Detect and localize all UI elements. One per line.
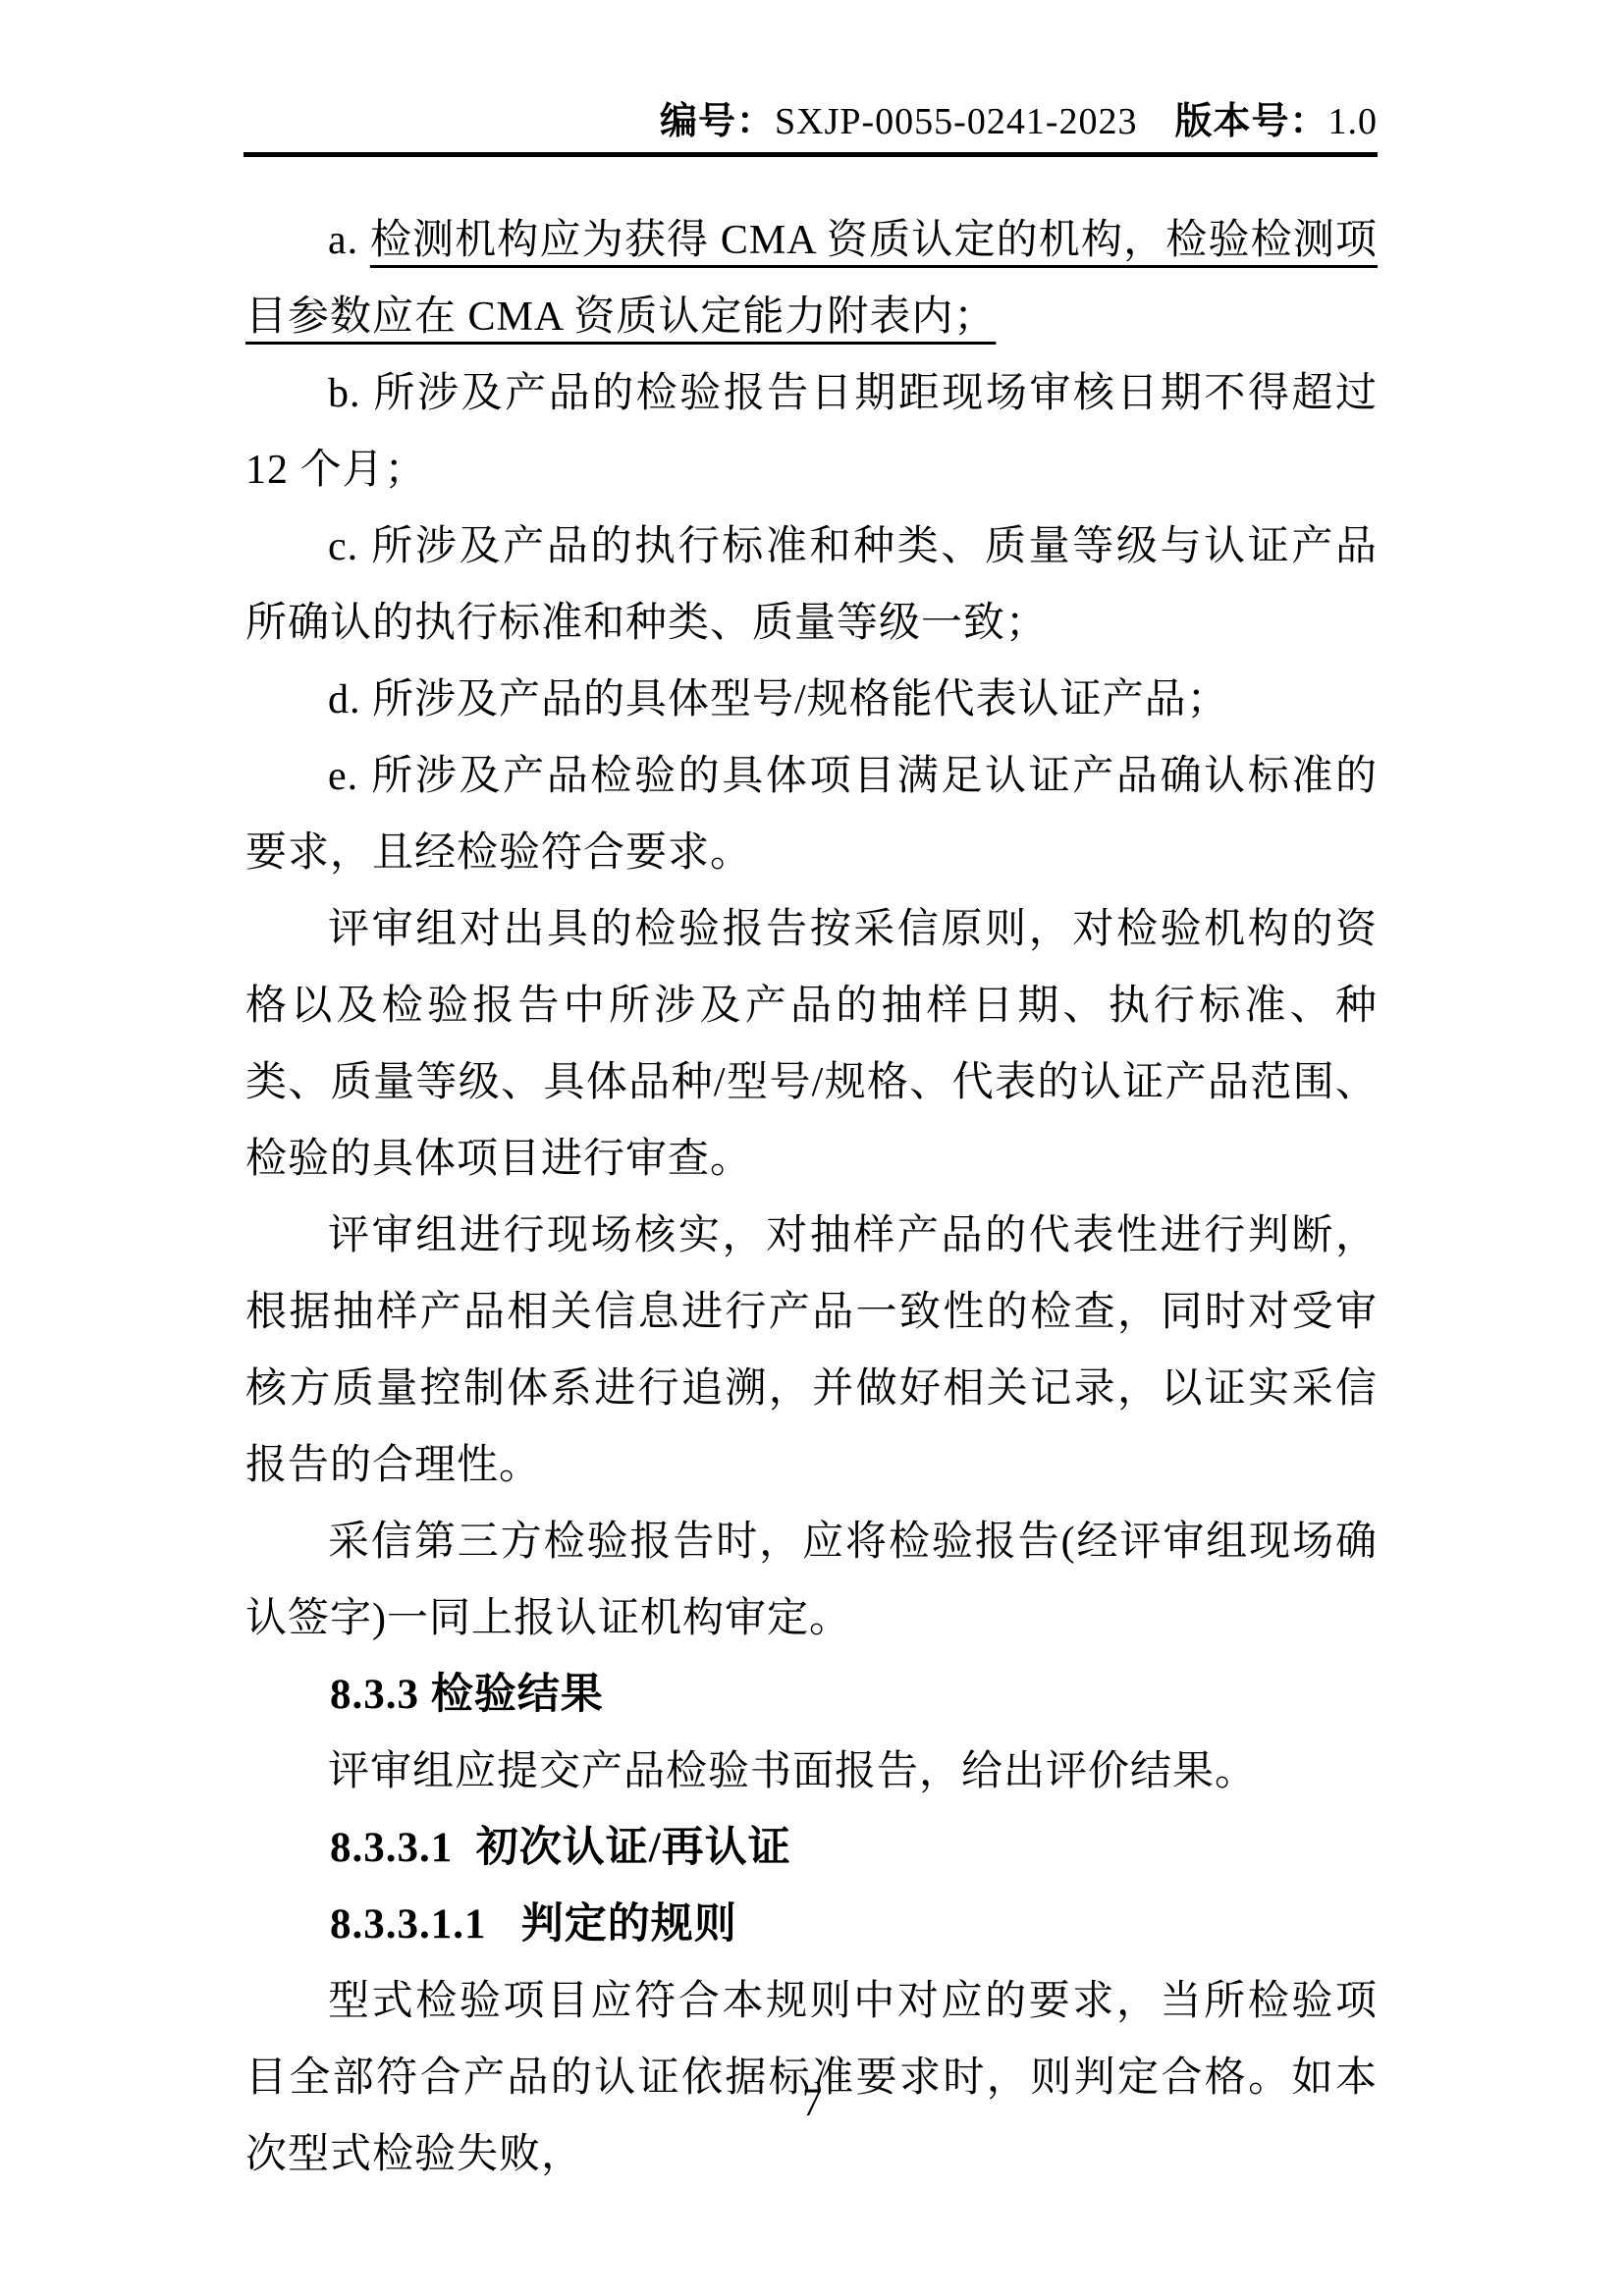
- doc-version-value: 1.0: [1328, 101, 1379, 142]
- paragraph-result-report: 评审组应提交产品检验书面报告，给出评价结果。: [245, 1734, 1378, 1810]
- list-item-c: c. 所涉及产品的执行标准和种类、质量等级与认证产品所确认的执行标准和种类、质量…: [245, 508, 1378, 662]
- paragraph-type-test-rule: 型式检验项目应符合本规则中对应的要求，当所检验项目全部符合产品的认证依据标准要求…: [245, 1963, 1378, 2193]
- section-heading-8-3-3-1-1: 8.3.3.1.1 判定的规则: [245, 1887, 1378, 1963]
- list-item-d: d. 所涉及产品的具体型号/规格能代表认证产品；: [245, 662, 1378, 738]
- doc-number-value: SXJP-0055-0241-2023: [775, 101, 1137, 142]
- doc-version-label: 版本号：: [1174, 101, 1327, 142]
- list-item-a-marker: a.: [328, 218, 370, 263]
- page-header: 编号：SXJP-0055-0241-2023版本号：1.0: [244, 98, 1378, 145]
- document-page: 编号：SXJP-0055-0241-2023版本号：1.0 a. 检测机构应为获…: [0, 0, 1624, 2296]
- paragraph-third-party-report: 采信第三方检验报告时，应将检验报告(经评审组现场确认签字)一同上报认证机构审定。: [245, 1504, 1378, 1657]
- paragraph-report-review: 评审组对出具的检验报告按采信原则，对检验机构的资格以及检验报告中所涉及产品的抽样…: [245, 891, 1378, 1198]
- list-item-a: a. 检测机构应为获得 CMA 资质认定的机构，检验检测项目参数应在 CMA 资…: [245, 202, 1378, 355]
- list-item-e: e. 所涉及产品检验的具体项目满足认证产品确认标准的要求，且经检验符合要求。: [245, 738, 1378, 891]
- paragraph-onsite-verification: 评审组进行现场核实，对抽样产品的代表性进行判断，根据抽样产品相关信息进行产品一致…: [245, 1198, 1378, 1504]
- list-item-b: b. 所涉及产品的检验报告日期距现场审核日期不得超过 12 个月；: [245, 355, 1378, 508]
- page-number: 7: [0, 2079, 1624, 2126]
- document-body: a. 检测机构应为获得 CMA 资质认定的机构，检验检测项目参数应在 CMA 资…: [245, 202, 1378, 2193]
- doc-number-label: 编号：: [660, 101, 775, 142]
- section-heading-8-3-3: 8.3.3 检验结果: [245, 1657, 1378, 1734]
- header-rule: [244, 152, 1378, 157]
- section-heading-8-3-3-1: 8.3.3.1 初次认证/再认证: [245, 1810, 1378, 1887]
- list-item-a-underlined-text: 检测机构应为获得 CMA 资质认定的机构，检验检测项目参数应在 CMA 资质认定…: [245, 218, 1378, 340]
